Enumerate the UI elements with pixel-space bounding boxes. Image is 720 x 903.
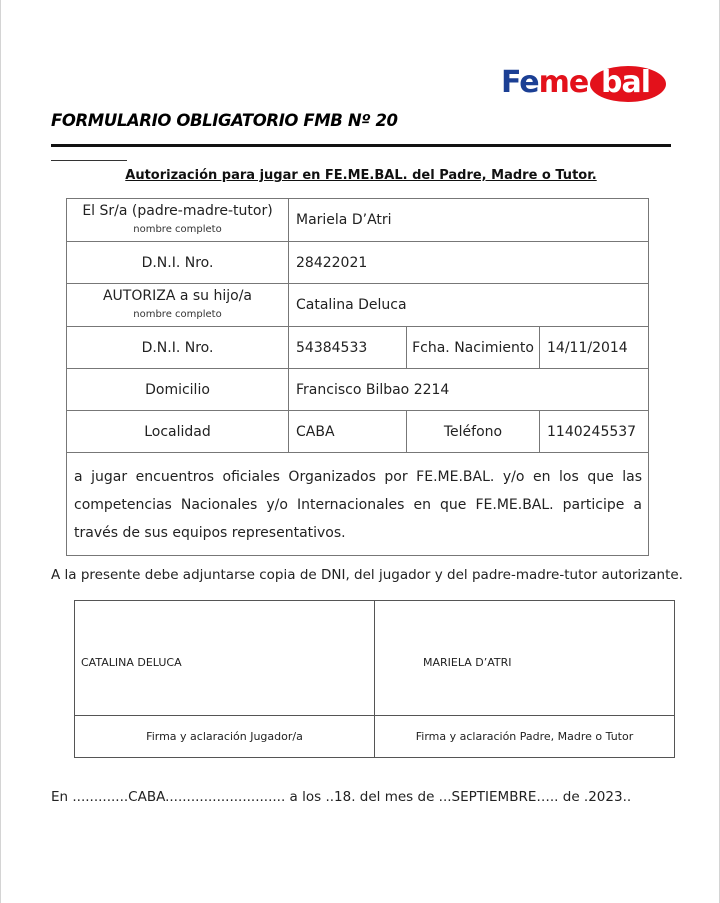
- signature-table: CATALINA DELUCA MARIELA D’ATRI Firma y a…: [74, 600, 675, 758]
- parent-sublabel: nombre completo: [67, 222, 288, 238]
- player-signature-field[interactable]: CATALINA DELUCA: [75, 601, 375, 716]
- place-suffix: ..: [623, 789, 632, 805]
- parent-signature-caption: Firma y aclaración Padre, Madre o Tutor: [375, 716, 675, 758]
- place-text-2: . del mes de ...: [351, 789, 451, 805]
- address-field[interactable]: Francisco Bilbao 2214: [289, 369, 649, 411]
- place-city[interactable]: CABA: [128, 789, 165, 805]
- table-row: a jugar encuentros oficiales Organizados…: [67, 453, 649, 556]
- date-year[interactable]: 2023: [588, 789, 622, 805]
- form-title: FORMULARIO OBLIGATORIO FMB Nº 20: [51, 111, 398, 130]
- table-row: D.N.I. Nro. 54384533 Fcha. Nacimiento 14…: [67, 327, 649, 369]
- parent-dni-field[interactable]: 28422021: [289, 242, 649, 284]
- locality-label: Localidad: [67, 411, 289, 453]
- date-day[interactable]: 18: [334, 789, 351, 805]
- table-row: Domicilio Francisco Bilbao 2214: [67, 369, 649, 411]
- locality-field[interactable]: CABA: [289, 411, 407, 453]
- child-dni-label: D.N.I. Nro.: [67, 327, 289, 369]
- short-divider: [51, 160, 127, 161]
- birth-date-label: Fcha. Nacimiento: [407, 327, 540, 369]
- parent-label: El Sr/a (padre-madre-tutor): [67, 202, 288, 220]
- parent-signature-field[interactable]: MARIELA D’ATRI: [375, 601, 675, 716]
- parent-dni-label: D.N.I. Nro.: [67, 242, 289, 284]
- femebal-logo: Feme bal: [501, 62, 671, 106]
- attachment-note: A la presente debe adjuntarse copia de D…: [51, 567, 683, 583]
- table-row: El Sr/a (padre-madre-tutor) nombre compl…: [67, 199, 649, 242]
- child-label-cell: AUTORIZA a su hijo/a nombre completo: [67, 284, 289, 327]
- signature-row: CATALINA DELUCA MARIELA D’ATRI: [75, 601, 675, 716]
- player-signature-caption: Firma y aclaración Jugador/a: [75, 716, 375, 758]
- form-subtitle: Autorización para jugar en FE.ME.BAL. de…: [1, 168, 720, 183]
- child-name-field[interactable]: Catalina Deluca: [289, 284, 649, 327]
- address-label: Domicilio: [67, 369, 289, 411]
- logo-me: me: [539, 65, 589, 100]
- authorization-table: El Sr/a (padre-madre-tutor) nombre compl…: [66, 198, 649, 556]
- child-dni-field[interactable]: 54384533: [289, 327, 407, 369]
- child-label: AUTORIZA a su hijo/a: [67, 287, 288, 305]
- parent-label-cell: El Sr/a (padre-madre-tutor) nombre compl…: [67, 199, 289, 242]
- table-row: D.N.I. Nro. 28422021: [67, 242, 649, 284]
- header-divider: [51, 144, 671, 147]
- birth-date-field[interactable]: 14/11/2014: [540, 327, 649, 369]
- signature-caption-row: Firma y aclaración Jugador/a Firma y acl…: [75, 716, 675, 758]
- logo-bal: bal: [601, 63, 650, 103]
- place-text-3: ….. de .: [536, 789, 588, 805]
- place-prefix: En .............: [51, 789, 128, 805]
- table-row: AUTORIZA a su hijo/a nombre completo Cat…: [67, 284, 649, 327]
- authorization-text: a jugar encuentros oficiales Organizados…: [67, 453, 649, 556]
- logo-text: Feme: [501, 63, 588, 103]
- logo-fe: Fe: [501, 65, 539, 100]
- place-text-1: ............................ a los ..: [165, 789, 334, 805]
- child-sublabel: nombre completo: [67, 307, 288, 323]
- parent-name-field[interactable]: Mariela D’Atri: [289, 199, 649, 242]
- table-row: Localidad CABA Teléfono 1140245537: [67, 411, 649, 453]
- place-date-line: En .............CABA....................…: [51, 789, 631, 805]
- phone-label: Teléfono: [407, 411, 540, 453]
- phone-field[interactable]: 1140245537: [540, 411, 649, 453]
- date-month[interactable]: SEPTIEMBRE: [452, 789, 537, 805]
